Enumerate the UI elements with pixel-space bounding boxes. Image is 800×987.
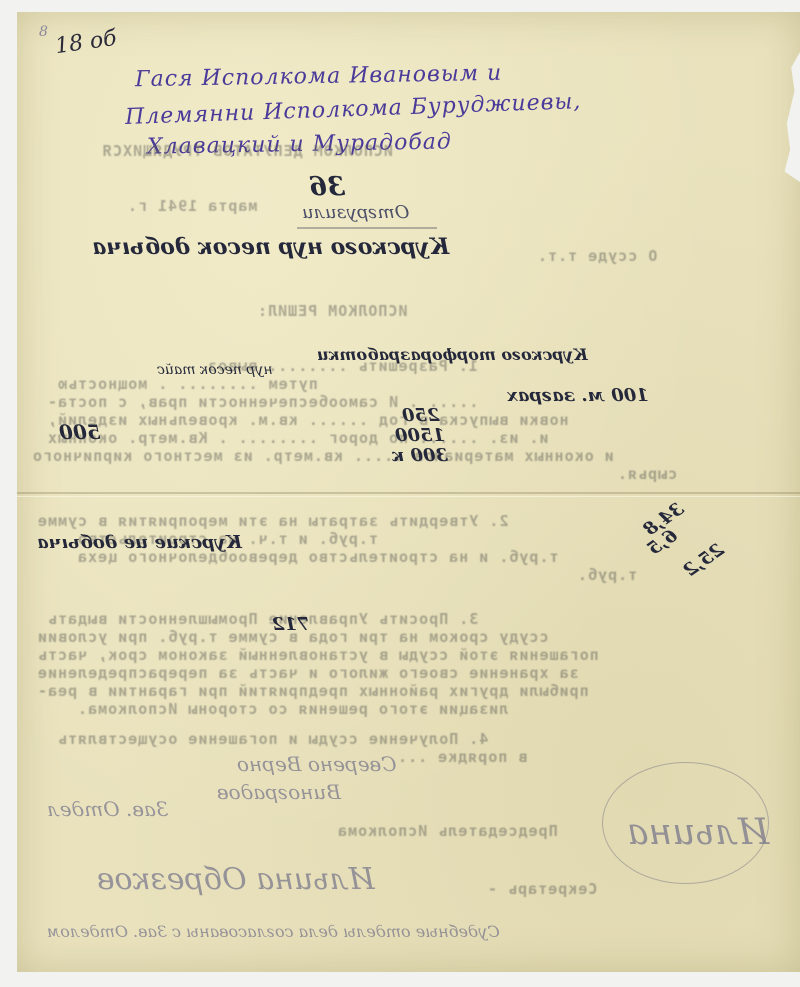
typed-para4-line2: в порядке ...: [397, 748, 527, 766]
annotation-qty-250: 250: [402, 405, 440, 426]
document-sheet: 8 18 об Гася Исполкома Ивановым и Племян…: [17, 12, 800, 972]
signature-3: Зав. Отдел: [47, 797, 168, 821]
typed-para2-line1: 2. Утвердить затраты на эти мероприятия …: [37, 512, 508, 530]
typed-date: марта 1941 г.: [127, 197, 257, 215]
typed-decision: ИСПОЛКОМ РЕШИЛ:: [257, 302, 407, 320]
signature-4: Ильина: [627, 812, 769, 853]
typed-para1-line5: и. из. ...... по дорог ........ . Кв.мет…: [47, 429, 549, 447]
annotation-mid-712: 712: [272, 614, 310, 635]
typed-para2-line4: т.руб.: [577, 566, 637, 584]
heading-line-1: Гася Исполкома Ивановым и: [135, 61, 503, 92]
typed-para1-line7: сырья.: [617, 465, 677, 483]
typed-para4-line1: 4. Получение ссуды и погашение осуществл…: [57, 730, 488, 748]
signature-5: Ильина Обрезков: [97, 862, 375, 897]
typed-subject: О ссуде т.т.: [537, 247, 657, 265]
folio-number: 18 об: [54, 26, 119, 59]
signature-1: Сверено Верно: [237, 752, 397, 776]
typed-header: ИСПОЛКОМ ДЕПУТАТОВ ТРУДЯЩИХСЯ: [102, 142, 393, 160]
annotation-qty-300: 300 к: [392, 445, 448, 466]
typed-para1-line4: новки выпуска в год ...... кв.м. кровель…: [47, 411, 569, 429]
signature-bottom-line: Судебные отделы дела согласованы с Зав. …: [47, 922, 500, 941]
typed-para3-line1: 3. Просить Управление Промышленности выд…: [47, 610, 478, 628]
typed-sign-secretary: Секретарь -: [487, 880, 597, 898]
annotation-cluster-a: Курского торфоразработки: [317, 345, 588, 364]
torn-edge: [778, 52, 800, 182]
typed-para3-line6: лизации этого решения со стороны Исполко…: [77, 700, 508, 718]
annotation-side-25-2: 25,2: [680, 539, 728, 581]
signature-2: Виноградов: [217, 780, 341, 804]
annotation-cluster-b: нур песок тайс: [157, 362, 273, 378]
typed-para3-line4: за хранение своего жилого и часть за пер…: [37, 664, 579, 682]
annotation-side-note: Курские ие добыча: [37, 532, 242, 553]
typed-sign-chair: Председатель Исполкома: [337, 822, 558, 840]
annotation-qty-500: 500: [59, 420, 101, 444]
annotation-underline: [297, 227, 437, 229]
annotation-number-36: 36: [309, 172, 345, 202]
typed-para1-line6: и оконных материалов ..... кв.метр. из м…: [32, 447, 614, 465]
annotation-note-line: Курского нур песок добыча: [92, 234, 449, 260]
folio-old-mark: 8: [39, 24, 48, 40]
heading-line-2: Племянни Исполкома Буруджиевы,: [125, 89, 582, 130]
typed-para3-line5: прибыли других районных предприятий при …: [37, 682, 589, 700]
typed-para3-line3: погашения этой ссуды в установленный зак…: [37, 646, 599, 664]
fold-line: [17, 492, 800, 494]
annotation-qty-100: 100 м. заграх: [507, 385, 649, 406]
annotation-date-note: Отгрузили: [302, 202, 409, 223]
fold-highlight: [17, 496, 800, 497]
annotation-qty-1500: 1500: [395, 425, 445, 446]
